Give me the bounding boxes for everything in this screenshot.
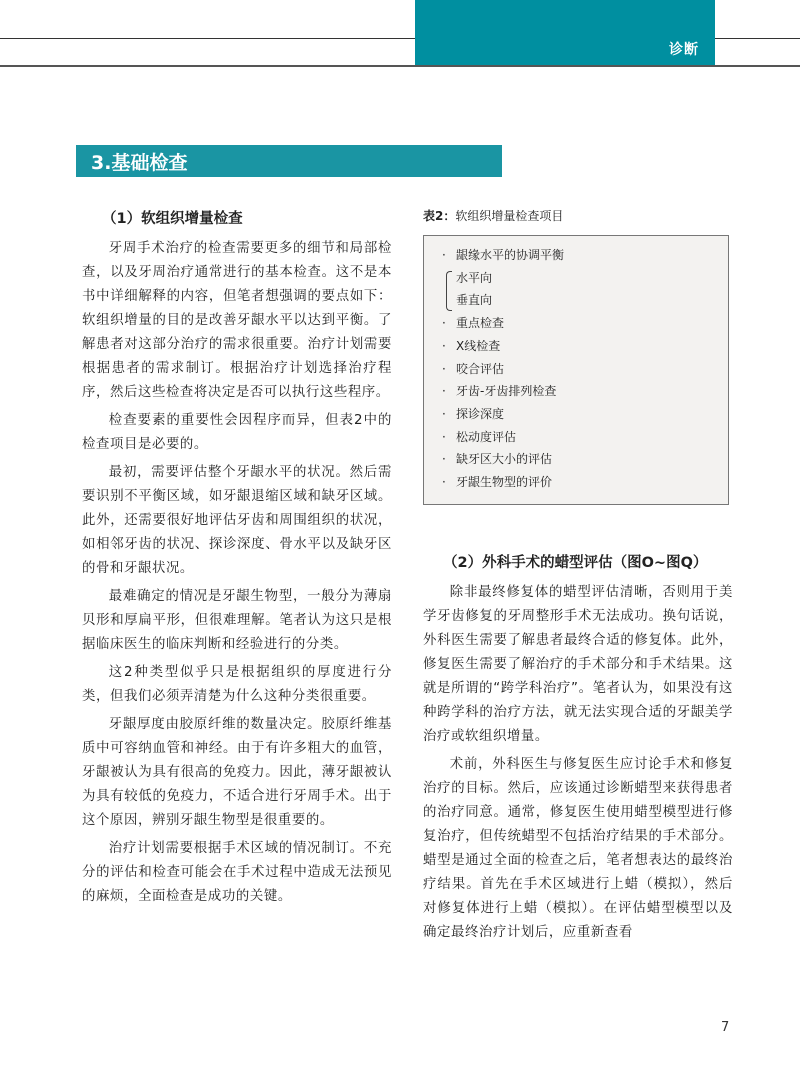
- list-item: ·咬合评估: [442, 358, 728, 381]
- bullet-icon: ·: [442, 471, 456, 494]
- paragraph: 治疗计划需要根据手术区域的情况制订。不充分的评估和检查可能会在手术过程中造成无法…: [82, 837, 392, 909]
- chapter-tab: 诊断: [415, 0, 715, 65]
- sub-list-item: 垂直向: [456, 289, 728, 312]
- left-column: （1）软组织增量检查 牙周手术治疗的检查需要更多的细节和局部检查，以及牙周治疗通…: [82, 207, 392, 913]
- bullet-icon: ·: [442, 312, 456, 335]
- list-item: ·龈缘水平的协调平衡: [442, 244, 728, 267]
- paragraph: 这2种类型似乎只是根据组织的厚度进行分类，但我们必须弄清楚为什么这种分类很重要。: [82, 661, 392, 709]
- sub-list: 水平向 垂直向: [442, 267, 728, 312]
- subsection-2: （2）外科手术的蜡型评估（图O~图Q） 除非最终修复体的蜡型评估清晰，否则用于美…: [423, 551, 733, 945]
- bullet-icon: ·: [442, 244, 456, 267]
- bullet-icon: ·: [442, 403, 456, 426]
- paragraph: 最初，需要评估整个牙龈水平的状况。然后需要识别不平衡区域，如牙龈退缩区域和缺牙区…: [82, 461, 392, 581]
- list-item: ·松动度评估: [442, 426, 728, 449]
- subsection-heading-2: （2）外科手术的蜡型评估（图O~图Q）: [443, 551, 733, 575]
- list-item: ·缺牙区大小的评估: [442, 448, 728, 471]
- table-caption-label: 表2：: [423, 209, 455, 223]
- header-rule-bottom: [0, 65, 800, 67]
- chapter-label: 诊断: [669, 39, 699, 59]
- list-item: ·牙龈生物型的评价: [442, 471, 728, 494]
- page-number: 7: [721, 1020, 729, 1035]
- table-caption: 表2：软组织增量检查项目: [423, 207, 733, 225]
- list-item: ·牙齿-牙齿排列检查: [442, 380, 728, 403]
- bullet-icon: ·: [442, 380, 456, 403]
- paragraph: 最难确定的情况是牙龈生物型，一般分为薄扇贝形和厚扁平形，但很难理解。笔者认为这只…: [82, 585, 392, 657]
- section-title: 3.基础检查: [91, 148, 187, 175]
- bullet-icon: ·: [442, 448, 456, 471]
- paragraph: 牙周手术治疗的检查需要更多的细节和局部检查，以及牙周治疗通常进行的基本检查。这不…: [82, 237, 392, 405]
- bullet-icon: ·: [442, 426, 456, 449]
- right-column: 表2：软组织增量检查项目 ·龈缘水平的协调平衡 水平向 垂直向 ·重点检查 ·X…: [423, 207, 733, 949]
- list-item: ·重点检查: [442, 312, 728, 335]
- list-item: ·X线检查: [442, 335, 728, 358]
- checklist-table: ·龈缘水平的协调平衡 水平向 垂直向 ·重点检查 ·X线检查 ·咬合评估 ·牙齿…: [423, 235, 729, 505]
- table-caption-text: 软组织增量检查项目: [455, 209, 563, 223]
- subsection-heading-1: （1）软组织增量检查: [102, 207, 392, 231]
- paragraph: 检查要素的重要性会因程序而异，但表2中的检查项目是必要的。: [82, 409, 392, 457]
- list-item: ·探诊深度: [442, 403, 728, 426]
- sub-list-item: 水平向: [456, 267, 728, 290]
- paragraph: 除非最终修复体的蜡型评估清晰，否则用于美学牙齿修复的牙周整形手术无法成功。换句话…: [423, 581, 733, 749]
- brace-icon: [446, 271, 452, 311]
- bullet-icon: ·: [442, 358, 456, 381]
- paragraph: 牙龈厚度由胶原纤维的数量决定。胶原纤维基质中可容纳血管和神经。由于有许多粗大的血…: [82, 713, 392, 833]
- paragraph: 术前，外科医生与修复医生应讨论手术和修复治疗的目标。然后，应该通过诊断蜡型来获得…: [423, 753, 733, 945]
- bullet-icon: ·: [442, 335, 456, 358]
- section-banner: 3.基础检查: [76, 145, 502, 177]
